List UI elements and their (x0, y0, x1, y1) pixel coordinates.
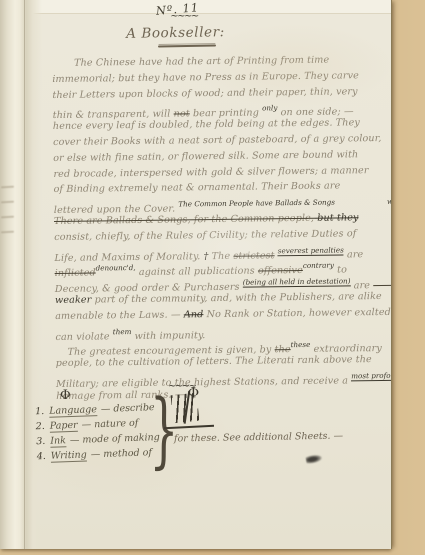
insertion-text: (being all held in detestation) (243, 277, 351, 288)
tally-mark (171, 393, 200, 424)
item-number: 2. (36, 421, 45, 432)
text-segment: red brocade, interspersed with gold & si… (53, 165, 368, 180)
item-detail: — mode of making (70, 432, 160, 446)
text-segment: or else with fine satin, or flowered sil… (53, 149, 358, 164)
text-segment: of Binding extremely neat & ornamental. … (54, 181, 341, 196)
insertion-text: severest penalties (278, 245, 344, 256)
title-underline (158, 44, 216, 47)
item-topic: Ink (50, 435, 66, 448)
showthrough-stroke (1, 201, 14, 204)
text-segment: weaker (55, 294, 92, 305)
struck-text: And (184, 309, 204, 320)
item-number: 4. (37, 451, 46, 462)
showthrough-marks (0, 186, 16, 246)
ink-smudge (305, 454, 322, 465)
item-topic: Language (49, 404, 97, 418)
number-squiggle: ~~~~ (161, 13, 207, 21)
insertion-text: denounc'd, (96, 263, 136, 272)
item-detail: — nature of (81, 418, 138, 431)
insertion-text: them (113, 327, 132, 336)
insertion-text: which (387, 197, 392, 206)
insertion-text: these (291, 340, 311, 349)
insertion-text: contrary (303, 261, 334, 270)
manuscript-body: The Chinese have had the art of Printing… (52, 52, 392, 404)
item-number: 1. (35, 406, 44, 417)
item-detail: — describe (101, 402, 155, 415)
insertion-text: The Common People have Ballads & Songs (178, 198, 335, 209)
showthrough-stroke (1, 186, 14, 189)
note-text: for these. See additional Sheets. — (174, 431, 343, 445)
text-segment: people, to the cultivation of letters. T… (56, 354, 372, 369)
backing-board: Nº. 11 ~~~~ A Bookseller: The Chinese ha… (0, 0, 425, 555)
text-segment: The Chinese have had the art of Printing… (74, 55, 329, 69)
showthrough-stroke (1, 231, 14, 234)
manuscript-line: Military; are eligible to the highest St… (56, 368, 392, 388)
list-item: 4.Writing— method of (37, 447, 167, 467)
item-number: 3. (36, 436, 45, 447)
struck-text: but they (314, 212, 359, 224)
text-segment: No Rank or Station, however exalted, (203, 307, 392, 320)
text-segment: amenable to the Laws. — (55, 309, 184, 322)
text-segment: cover their Books with a neat sort of pa… (53, 133, 382, 148)
item-topic: Writing (51, 450, 87, 463)
topics-list: 1.Language— describe2.Paper— nature of3.… (35, 402, 167, 467)
phi-mark: Φ (60, 388, 71, 403)
text-segment: hence every leaf is doubled, the fold be… (53, 117, 360, 132)
left-crease (0, 0, 42, 549)
text-segment: part of the community, and, with the Pub… (91, 291, 382, 306)
text-segment: immemorial; but they have no Press as in… (52, 70, 359, 85)
text-segment: consist, chiefly, of the Rules of Civili… (54, 228, 356, 243)
showthrough-stroke (1, 216, 14, 219)
paper-sheet: Nº. 11 ~~~~ A Bookseller: The Chinese ha… (0, 0, 392, 549)
item-detail: — method of (91, 447, 153, 460)
struck-text: There are Ballads & Songs, for the Commo… (54, 213, 314, 227)
text-segment: their Letters upon blocks of wood; and t… (52, 86, 357, 101)
insertion-text: only (262, 104, 277, 113)
item-topic: Paper (50, 420, 78, 433)
insertion-text: most profound (351, 371, 392, 382)
